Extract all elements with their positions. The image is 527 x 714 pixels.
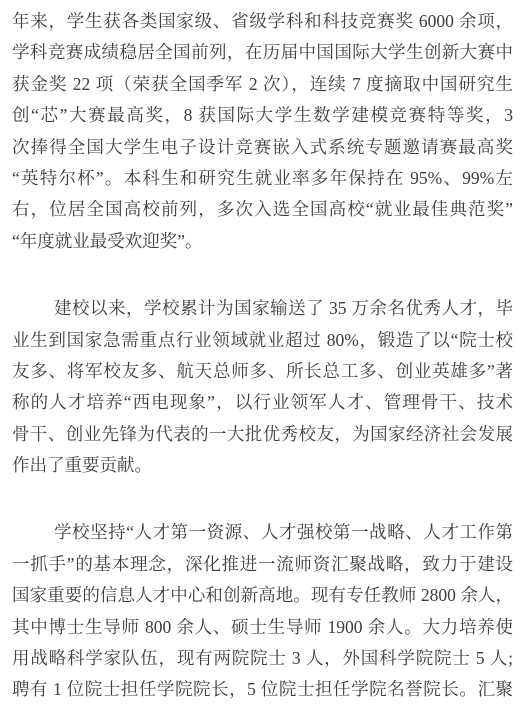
text-line: 次捧得全国大学生电子设计竞赛嵌入式系统专题邀请赛最高奖	[12, 132, 513, 163]
text-line: 获金奖 22 项（荣获全国季军 2 次），连续 7 度摘取中国研究生	[12, 69, 513, 100]
text-line: 创“芯”大赛最高奖，8 获国际大学生数学建模竞赛特等奖，3	[12, 100, 513, 131]
text-line: 友多、将军校友多、航天总师多、所长总工多、创业英雄多”著	[12, 356, 513, 387]
text-line: “英特尔杯”。本科生和研究生就业率多年保持在 95%、99%左	[12, 163, 513, 194]
text-line: 年来，学生获各类国家级、省级学科和科技竞赛奖 6000 余项，	[12, 6, 513, 37]
document-page: { "page": { "background": "#ffffff", "te…	[0, 0, 527, 714]
text-line: 学校坚持“人才第一资源、人才强校第一战略、人才工作第	[12, 517, 513, 548]
paragraph: 建校以来，学校累计为国家输送了 35 万余名优秀人才，毕 业生到国家急需重点行业…	[12, 293, 513, 481]
text-line: 建校以来，学校累计为国家输送了 35 万余名优秀人才，毕	[12, 293, 513, 324]
text-line: 其中博士生导师 800 余人、硕士生导师 1900 余人。大力培养使	[12, 612, 513, 643]
text-line: 右，位居全国高校前列，多次入选全国高校“就业最佳典范奖”	[12, 194, 513, 225]
text-line: “年度就业最受欢迎奖”。	[12, 226, 513, 257]
text-line: 一抓手”的基本理念，深化推进一流师资汇聚战略，致力于建设	[12, 549, 513, 580]
text-line: 称的人才培养“西电现象”，以行业领军人才、管理骨干、技术	[12, 387, 513, 418]
text-line: 业生到国家急需重点行业领域就业超过 80%，锻造了以“院士校	[12, 325, 513, 356]
text-line: 作出了重要贡献。	[12, 450, 513, 481]
text-line: 国家重要的信息人才中心和创新高地。现有专任教师 2800 余人，	[12, 580, 513, 611]
document-text-block: 年来，学生获各类国家级、省级学科和科技竞赛奖 6000 余项， 学科竞赛成绩稳居…	[0, 0, 527, 706]
paragraph: 年来，学生获各类国家级、省级学科和科技竞赛奖 6000 余项， 学科竞赛成绩稳居…	[12, 6, 513, 257]
text-line: 骨干、创业先锋为代表的一大批优秀校友，为国家经济社会发展	[12, 419, 513, 450]
text-line: 学科竞赛成绩稳居全国前列，在历届中国国际大学生创新大赛中	[12, 37, 513, 68]
text-line: 用战略科学家队伍，现有两院院士 3 人，外国科学院院士 5 人;	[12, 643, 513, 674]
text-line: 聘有 1 位院士担任学院院长，5 位院士担任学院名誉院长。汇聚	[12, 674, 513, 705]
paragraph: 学校坚持“人才第一资源、人才强校第一战略、人才工作第 一抓手”的基本理念，深化推…	[12, 517, 513, 705]
